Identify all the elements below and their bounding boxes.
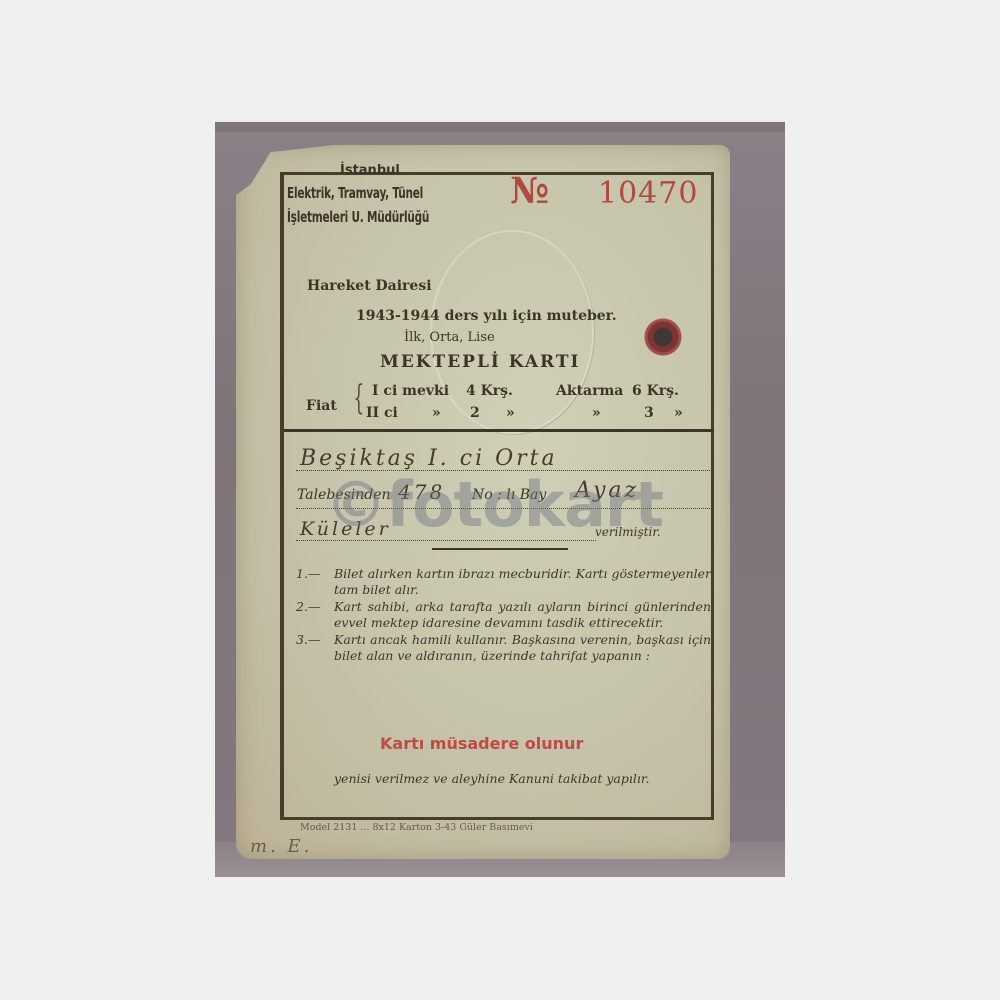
second-class-label: II ci <box>366 405 398 421</box>
rule-item: 1.— Bilet alırken kartın ibrazı mecburid… <box>296 566 711 597</box>
rule-text: Kart sahibi, arka tarafta yazılı ayların… <box>334 599 711 630</box>
short-divider <box>432 548 568 550</box>
punch-hole <box>644 318 682 356</box>
rules-list: 1.— Bilet alırken kartın ibrazı mecburid… <box>296 566 711 665</box>
transfer-label: Aktarma <box>556 383 623 399</box>
rule-item: 3.— Kartı ancak hamili kullanır. Başkası… <box>296 632 711 663</box>
rule-number: 3.— <box>296 632 334 663</box>
header-city: İstanbul <box>340 163 400 178</box>
ditto-mark: » <box>432 405 441 421</box>
price-label: Fiat <box>306 398 337 414</box>
printer-footer: Model 2131 ... 8x12 Karton 3-43 Güler Ba… <box>300 822 533 833</box>
rule-text: Bilet alırken kartın ibrazı mecburidir. … <box>334 566 711 597</box>
ditto-mark: » <box>506 405 515 421</box>
school-levels: İlk, Orta, Lise <box>404 330 495 345</box>
ditto-mark: » <box>674 405 683 421</box>
first-class-label: I ci mevki <box>372 383 449 399</box>
rule-text: Kartı ancak hamili kullanır. Başkasına v… <box>334 632 711 663</box>
watermark: ©fotokart <box>325 468 663 541</box>
card-title: MEKTEPLİ KARTI <box>380 352 580 372</box>
rule-item: 2.— Kart sahibi, arka tarafta yazılı ayl… <box>296 599 711 630</box>
serial-number: 10470 <box>598 176 698 211</box>
confiscation-warning: Kartı müsadere olunur <box>380 734 583 753</box>
ditto-mark: » <box>592 405 601 421</box>
photo-top-edge <box>215 122 785 132</box>
rule-number: 2.— <box>296 599 334 630</box>
transfer-price: 6 Krş. <box>632 383 679 399</box>
header-company-line2: İşletmeleri U. Müdürlüğü <box>287 208 429 226</box>
header-department: Hareket Dairesi <box>307 278 432 294</box>
validity-text: 1943-1944 ders yılı için muteber. <box>356 308 617 324</box>
second-transfer-price: 3 <box>644 405 654 421</box>
section-divider <box>284 429 714 432</box>
second-class-price: 2 <box>470 405 480 421</box>
closing-text: yenisi verilmez ve aleyhine Kanuni takib… <box>334 770 712 787</box>
rule-number: 1.— <box>296 566 334 597</box>
header-company-line1: Elektrik, Tramvay, Tünel <box>287 184 423 202</box>
serial-number-label: № <box>510 170 549 212</box>
brace-symbol: { <box>353 378 364 418</box>
first-class-price: 4 Krş. <box>466 383 513 399</box>
margin-handwriting: m. E. <box>250 836 312 857</box>
